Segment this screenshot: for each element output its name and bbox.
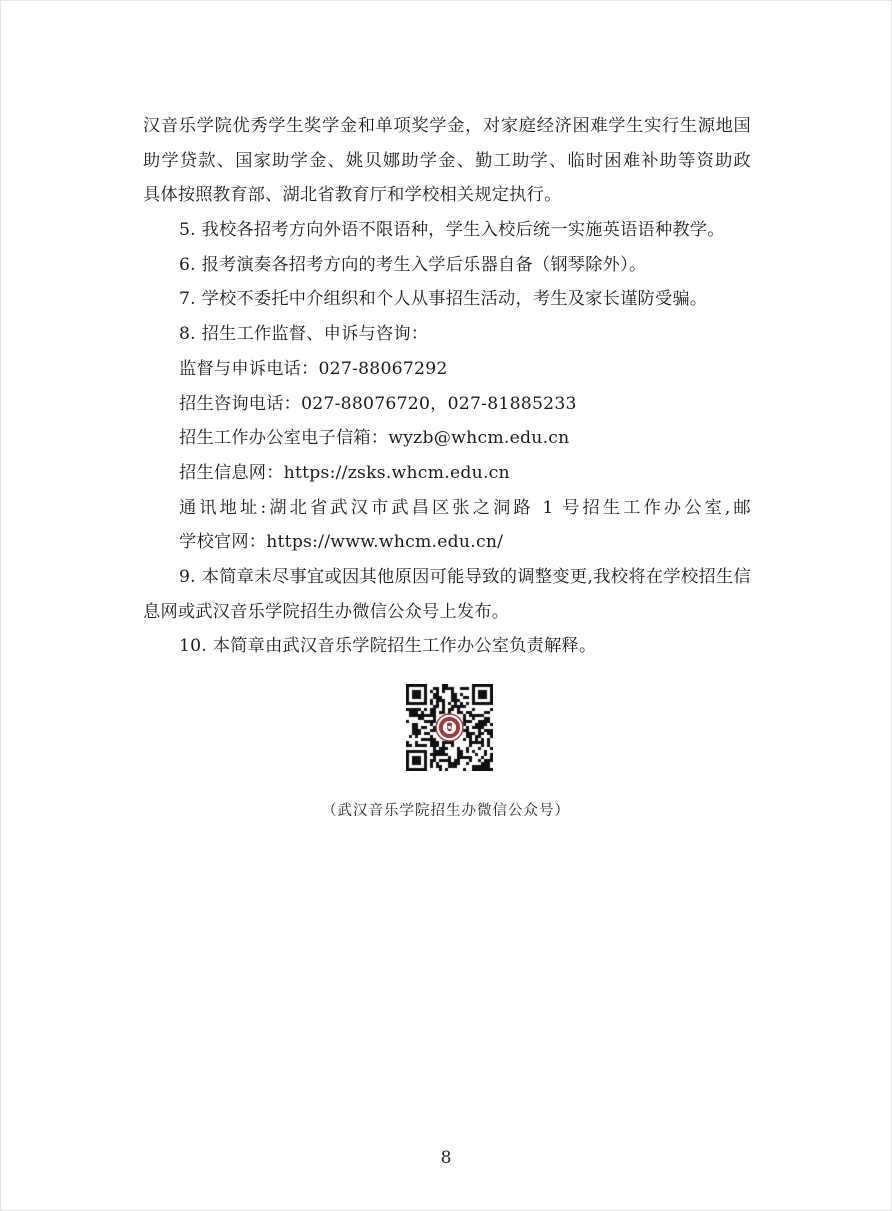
text-line: 招生工作办公室电子信箱：wyzb@whcm.edu.cn	[143, 421, 751, 456]
document-page: 汉音乐学院优秀学生奖学金和单项奖学金，对家庭经济困难学生实行生源地国家助学贷款、…	[0, 0, 892, 1211]
text-line: 5. 我校各招考方向外语不限语种，学生入校后统一实施英语语种教学。	[143, 213, 751, 248]
school-seal-logo	[435, 713, 464, 742]
text-line: 招生咨询电话：027-88076720，027-81885233	[143, 387, 751, 422]
text-line: 监督与申诉电话：027-88067292	[143, 352, 751, 387]
text-line: 招生信息网：https://zsks.whcm.edu.cn	[143, 456, 751, 491]
text-line: 汉音乐学院优秀学生奖学金和单项奖学金，对家庭经济困难学生实行生源地国家	[143, 109, 751, 144]
page-number: 8	[0, 1148, 892, 1168]
text-line: 通讯地址:湖北省武汉市武昌区张之洞路 1 号招生工作办公室,邮编:430060	[143, 491, 751, 526]
text-line: 6. 报考演奏各招考方向的考生入学后乐器自备（钢琴除外）。	[143, 248, 751, 283]
text-line: 8. 招生工作监督、申诉与咨询：	[143, 317, 751, 352]
text-line: 助学贷款、国家助学金、姚贝娜助学金、勤工助学、临时困难补助等资助政策，	[143, 144, 751, 179]
text-line: 学校官网：https://www.whcm.edu.cn/	[143, 525, 751, 560]
text-line: 7. 学校不委托中介组织和个人从事招生活动，考生及家长谨防受骗。	[143, 282, 751, 317]
text-line: 息网或武汉音乐学院招生办微信公众号上发布。	[143, 595, 751, 630]
text-line: 9. 本简章未尽事宜或因其他原因可能导致的调整变更,我校将在学校招生信	[143, 560, 751, 595]
text-line: 10. 本简章由武汉音乐学院招生工作办公室负责解释。	[143, 629, 751, 664]
text-line: 具体按照教育部、湖北省教育厅和学校相关规定执行。	[143, 178, 751, 213]
text-column: 汉音乐学院优秀学生奖学金和单项奖学金，对家庭经济困难学生实行生源地国家助学贷款、…	[143, 109, 751, 664]
qr-caption: （武汉音乐学院招生办微信公众号）	[0, 799, 892, 820]
